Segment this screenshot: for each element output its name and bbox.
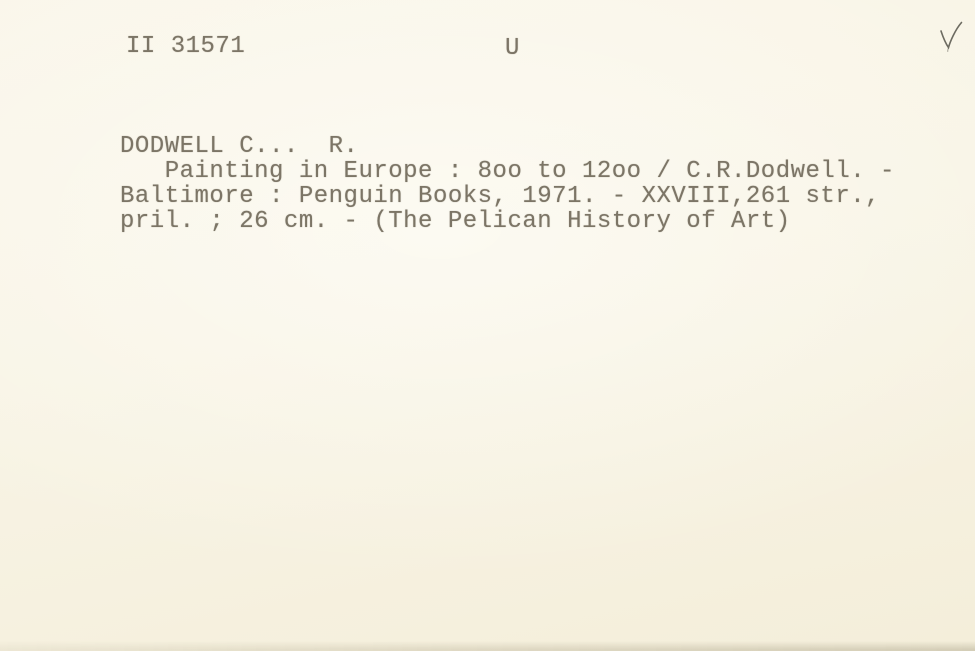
catalog-card: II 31571 U DODWELL C... R. Painting in E… [0, 0, 975, 651]
entry-line-title: Painting in Europe : 8oo to 12oo / C.R.D… [120, 159, 920, 184]
call-number: II 31571 [126, 33, 245, 60]
entry-line-collation: pril. ; 26 cm. - (The Pelican History of… [120, 209, 920, 234]
author-heading: DODWELL C... R. [120, 134, 920, 159]
section-letter: U [505, 35, 520, 62]
checkmark-icon [933, 18, 971, 67]
entry-line-imprint: Baltimore : Penguin Books, 1971. - XXVII… [120, 184, 920, 209]
catalog-entry: DODWELL C... R. Painting in Europe : 8oo… [120, 134, 920, 234]
